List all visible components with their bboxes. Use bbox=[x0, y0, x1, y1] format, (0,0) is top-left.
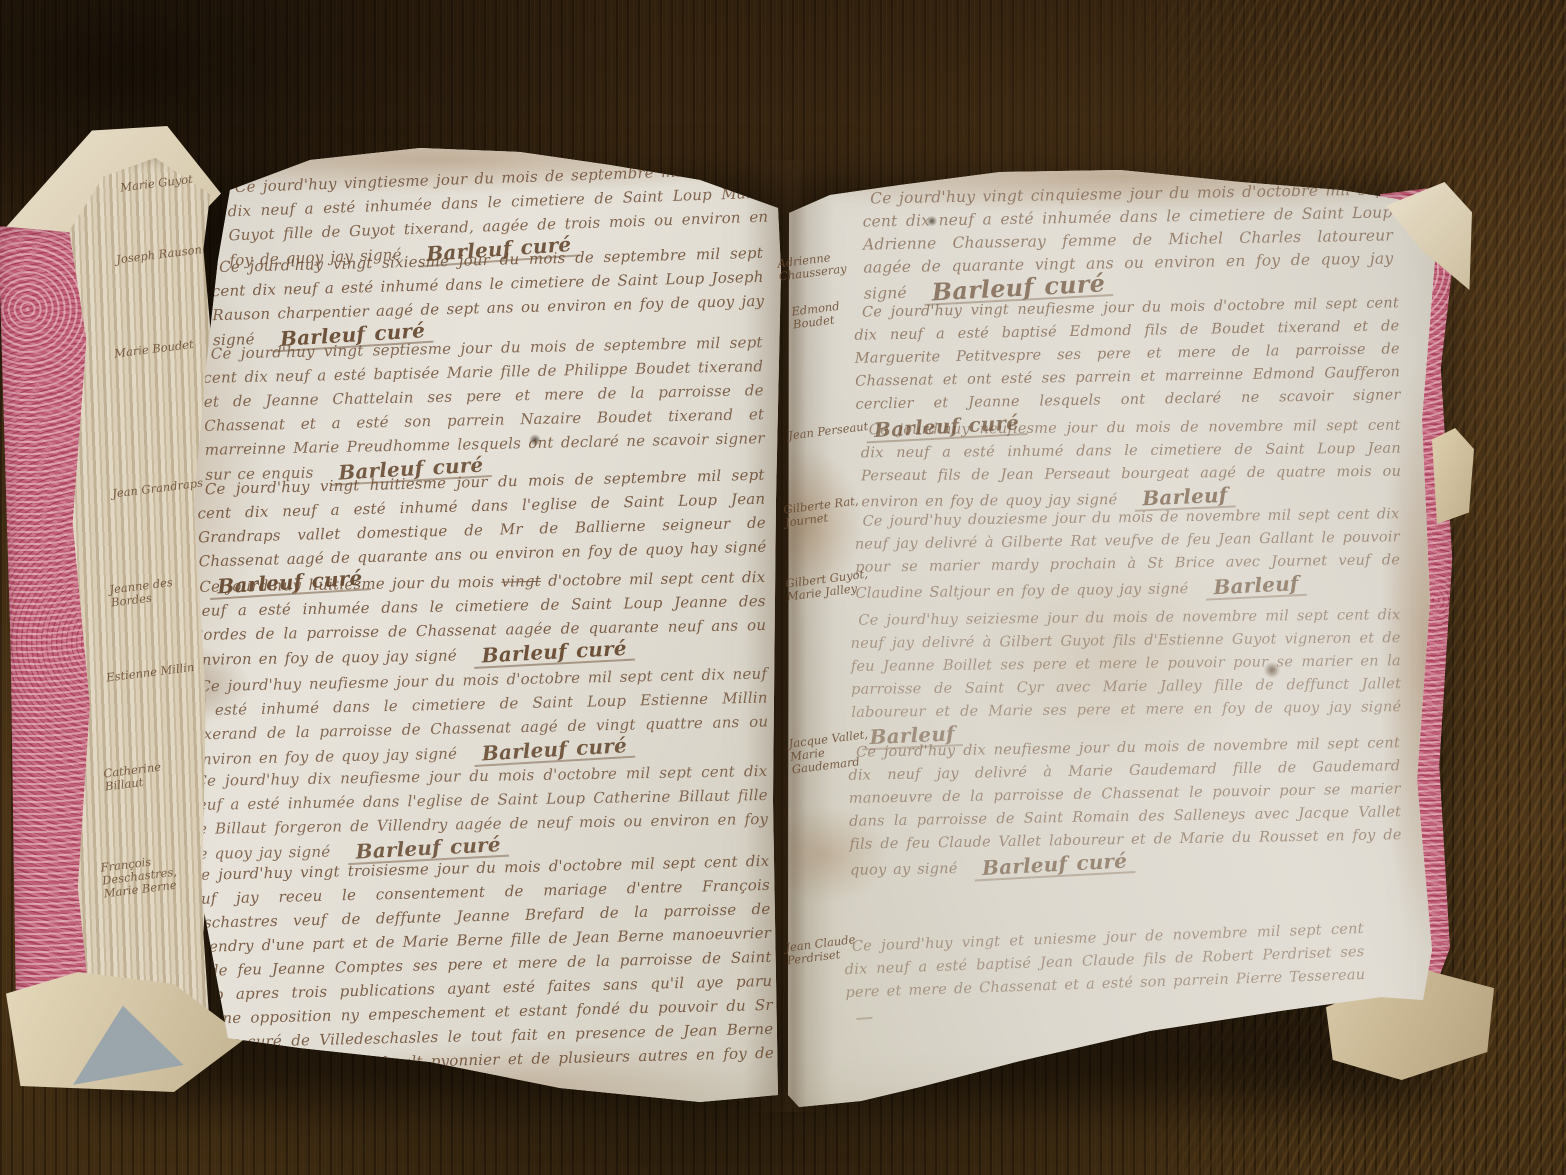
struck-word: vingt bbox=[501, 572, 541, 591]
entry-text: Ce jourd'huy huitiesme jour du mois bbox=[199, 573, 494, 596]
register-entry: Ce jourd'huy dix neufiesme jour du mois … bbox=[848, 732, 1402, 883]
register-entry: Ce jourd'huy douziesme jour du mois de n… bbox=[854, 503, 1400, 606]
entry-text: Ce jourd'huy vingt huitiesme jour du moi… bbox=[197, 466, 767, 571]
signature: Barleuf curé bbox=[974, 849, 1136, 881]
entry-text: Ce jourd'huy seiziesme jour du mois de n… bbox=[851, 607, 1402, 721]
blue-paper-fragment bbox=[73, 1006, 183, 1085]
entry-text: Ce jourd'huy douziesme jour du mois de n… bbox=[855, 506, 1400, 602]
register-entry: Ce jourd'huy vingt cinquiesme jour du mo… bbox=[862, 178, 1394, 305]
entry-text: Ce jourd'huy vingt et uniesme jour de no… bbox=[844, 921, 1365, 1001]
signature: Barleuf bbox=[1205, 572, 1307, 601]
register-entry: Ce jourd'huy vingt septiesme jour du moi… bbox=[203, 330, 766, 487]
register-entry: Ce jourd'huy neufiesme jour du mois de n… bbox=[861, 415, 1402, 515]
photo-scene: Ce jourd'huy vingtiesme jour du mois de … bbox=[0, 0, 1566, 1175]
entry-text: Ce jourd'huy vingt neufiesme jour du moi… bbox=[854, 295, 1400, 412]
register-entry: Ce jourd'huy huitiesme jour du mois ving… bbox=[191, 565, 767, 672]
manuscript-page-left: Ce jourd'huy vingtiesme jour du mois de … bbox=[140, 140, 785, 1105]
signature bbox=[856, 1017, 872, 1020]
register-entry: Ce jourd'huy neufiesme jour du mois d'oc… bbox=[191, 661, 769, 771]
parchment-tab-right bbox=[1432, 428, 1474, 524]
entry-text: Ce jourd'huy neufiesme jour du mois de n… bbox=[861, 418, 1401, 511]
manuscript-page-right: Ce jourd'huy vingt cinquiesme jour du mo… bbox=[785, 155, 1445, 1115]
register-entry: Ce jourd'huy seiziesme jour du mois de n… bbox=[850, 604, 1401, 751]
